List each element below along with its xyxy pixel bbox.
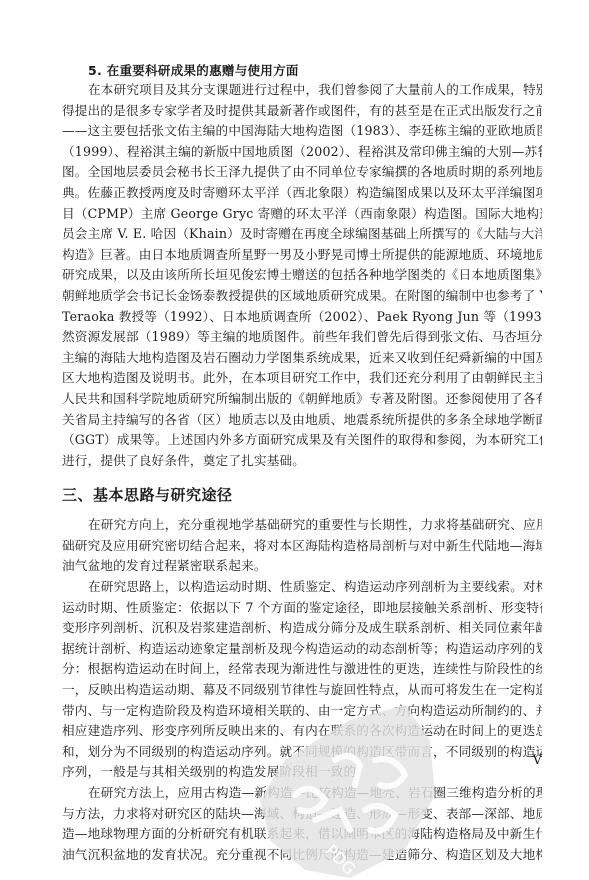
text-line: 研究成果，以及由该所所长垣见俊宏博士赠送的包括各种地学图类的《日本地质图集》； — [62, 265, 542, 286]
subsection-heading: 5. 在重要科研成果的惠赠与使用方面 — [88, 62, 542, 79]
text-line: 得提出的是很多专家学者及时提供其最新著作或图件，有的甚至是在正式出版发行之前 — [62, 101, 542, 122]
text-line: 一，反映出构造运动期、幕及不同级别节律性与旋回性特点，从而可将发生在一定构造区 — [62, 680, 542, 701]
text-line: （GGT）成果等。上述国内外多方面研究成果及有关图件的取得和参阅，为本研究工作的 — [62, 430, 542, 451]
text-line: 图。全国地层委员会秘书长王泽九提供了由不同单位专家编撰的各地质时期的系列地层 — [62, 162, 542, 183]
text-line: 油气盆地的发育过程紧密联系起来。 — [62, 556, 542, 577]
text-line: 在本研究项目及其分支课题进行过程中，我们曾参阅了大量前人的工作成果，特别值 — [62, 80, 542, 101]
text-line: 目（CPMP）主席 George Gryc 寄赠的环太平洋（西南象限）构造图。国… — [62, 204, 542, 225]
text-line: 区大地构造图及说明书。此外，在本项目研究工作中，我们还充分利用了由朝鲜民主主义 — [62, 368, 542, 389]
research-approach-paragraph: 在研究思路上，以构造运动时期、性质鉴定、构造运动序列剖析为主要线索。对构造 运动… — [62, 577, 542, 783]
text-line: ——这主要包括张文佑主编的中国海陆大地构造图（1983）、李廷栋主编的亚欧地质图 — [62, 121, 542, 142]
text-line: 分：根据构造运动在时间上，经常表现为渐进性与激进性的更迭，连续性与阶段性的统 — [62, 659, 542, 680]
text-line: 运动时期、性质鉴定：依据以下 7 个方面的鉴定途径，即地层接触关系剖析、形变特征… — [62, 598, 542, 619]
text-line: 典。佐藤正教授两度及时寄赠环太平洋（西北象限）构造编图成果以及环太平洋编图项 — [62, 183, 542, 204]
text-line: Teraoka 教授等（1992）、日本地质调查所（2002）、Paek Ryo… — [62, 307, 542, 328]
text-line: 与方法，力求将对研究区的陆块—海域、构造—建造、形成—形变、表部—深部、地质构 — [62, 804, 542, 825]
text-line: 人民共和国科学院地质研究所编制出版的《朝鲜地质》专著及附图。还参阅使用了各有 — [62, 389, 542, 410]
text-line: 相应建造序列、形变序列所反映出来的、有内在联系的各次构造运动在时间上的更迭总 — [62, 721, 542, 742]
text-line: 油气沉积盆地的发育状况。充分重视不同比例尺的构造—建造筛分、构造区划及大地构造 — [62, 845, 542, 866]
text-line: 础研究及应用研究密切结合起来，将对本区海陆构造格局剖析与对中新生代陆地—海域含 — [62, 536, 542, 557]
text-line: 构造》巨著。由日本地质调查所星野一男及小野晃司博士所提供的能源地质、环境地质 — [62, 245, 542, 266]
document-page: 5. 在重要科研成果的惠赠与使用方面 在本研究项目及其分支课题进行过程中，我们曾… — [62, 62, 542, 865]
research-direction-paragraph: 在研究方向上，充分重视地学基础研究的重要性与长期性，力求将基础研究、应用基 础研… — [62, 515, 542, 577]
text-line: 在研究思路上，以构造运动时期、性质鉴定、构造运动序列剖析为主要线索。对构造 — [62, 577, 542, 598]
text-line: 员会主席 V. E. 哈因（Khain）及时寄赠在再度全球编图基础上所撰写的《大… — [62, 224, 542, 245]
text-line: （1999）、程裕淇主编的新版中国地质图（2002）、程裕淇及常印佛主编的大别—… — [62, 142, 542, 163]
text-line: 朝鲜地质学会书记长金饧泰教授提供的区域地质研究成果。在附图的编制中也参考了 Yo… — [62, 286, 542, 307]
text-line: 带内、与一定构造阶段及构造环境相关联的、由一定方式、方向构造运动所制约的、并由 — [62, 701, 542, 722]
section-heading: 三、基本思路与研究途径 — [62, 485, 542, 505]
text-line: 然资源发展部（1989）等主编的地质图件。前些年我们曾先后得到张文佑、马杏垣分别 — [62, 327, 542, 348]
research-method-paragraph: 在研究方法上，应用古构造—新构造—比较构造—地壳、岩石圈三维构造分析的理论 与方… — [62, 783, 542, 865]
text-line: 主编的海陆大地构造图及岩石圈动力学图集系统成果，近来又收到任纪舜新编的中国及邻 — [62, 348, 542, 369]
text-line: 关省局主持编写的各省（区）地质志以及由地质、地震系统所提供的多条全球地学断面 — [62, 410, 542, 431]
page-number: V — [533, 753, 542, 768]
text-line: 和，划分为不同级别的构造运动序列。就不同规模的构造区带而言，不同级别的构造运动 — [62, 742, 542, 763]
text-line: 造—地球物理方面的分析研究有机联系起来，借以阐明本区的海陆构造格局及中新生代含 — [62, 824, 542, 845]
text-line: 据统计剖析、构造运动迹象定量剖析及现今构造运动的动态剖析等；构造运动序列的划 — [62, 639, 542, 660]
text-line: 在研究方向上，充分重视地学基础研究的重要性与长期性，力求将基础研究、应用基 — [62, 515, 542, 536]
text-line: 变形序列剖析、沉积及岩浆建造剖析、构造成分筛分及成生联系剖析、相关同位素年龄数 — [62, 618, 542, 639]
text-line: 序列，一般是与其相关级别的构造发展阶段相一致的。 — [62, 762, 542, 783]
text-line: 进行，提供了良好条件，奠定了扎实基础。 — [62, 451, 542, 472]
text-line: 在研究方法上，应用古构造—新构造—比较构造—地壳、岩石圈三维构造分析的理论 — [62, 783, 542, 804]
subsection-5-paragraph: 在本研究项目及其分支课题进行过程中，我们曾参阅了大量前人的工作成果，特别值 得提… — [62, 80, 542, 471]
